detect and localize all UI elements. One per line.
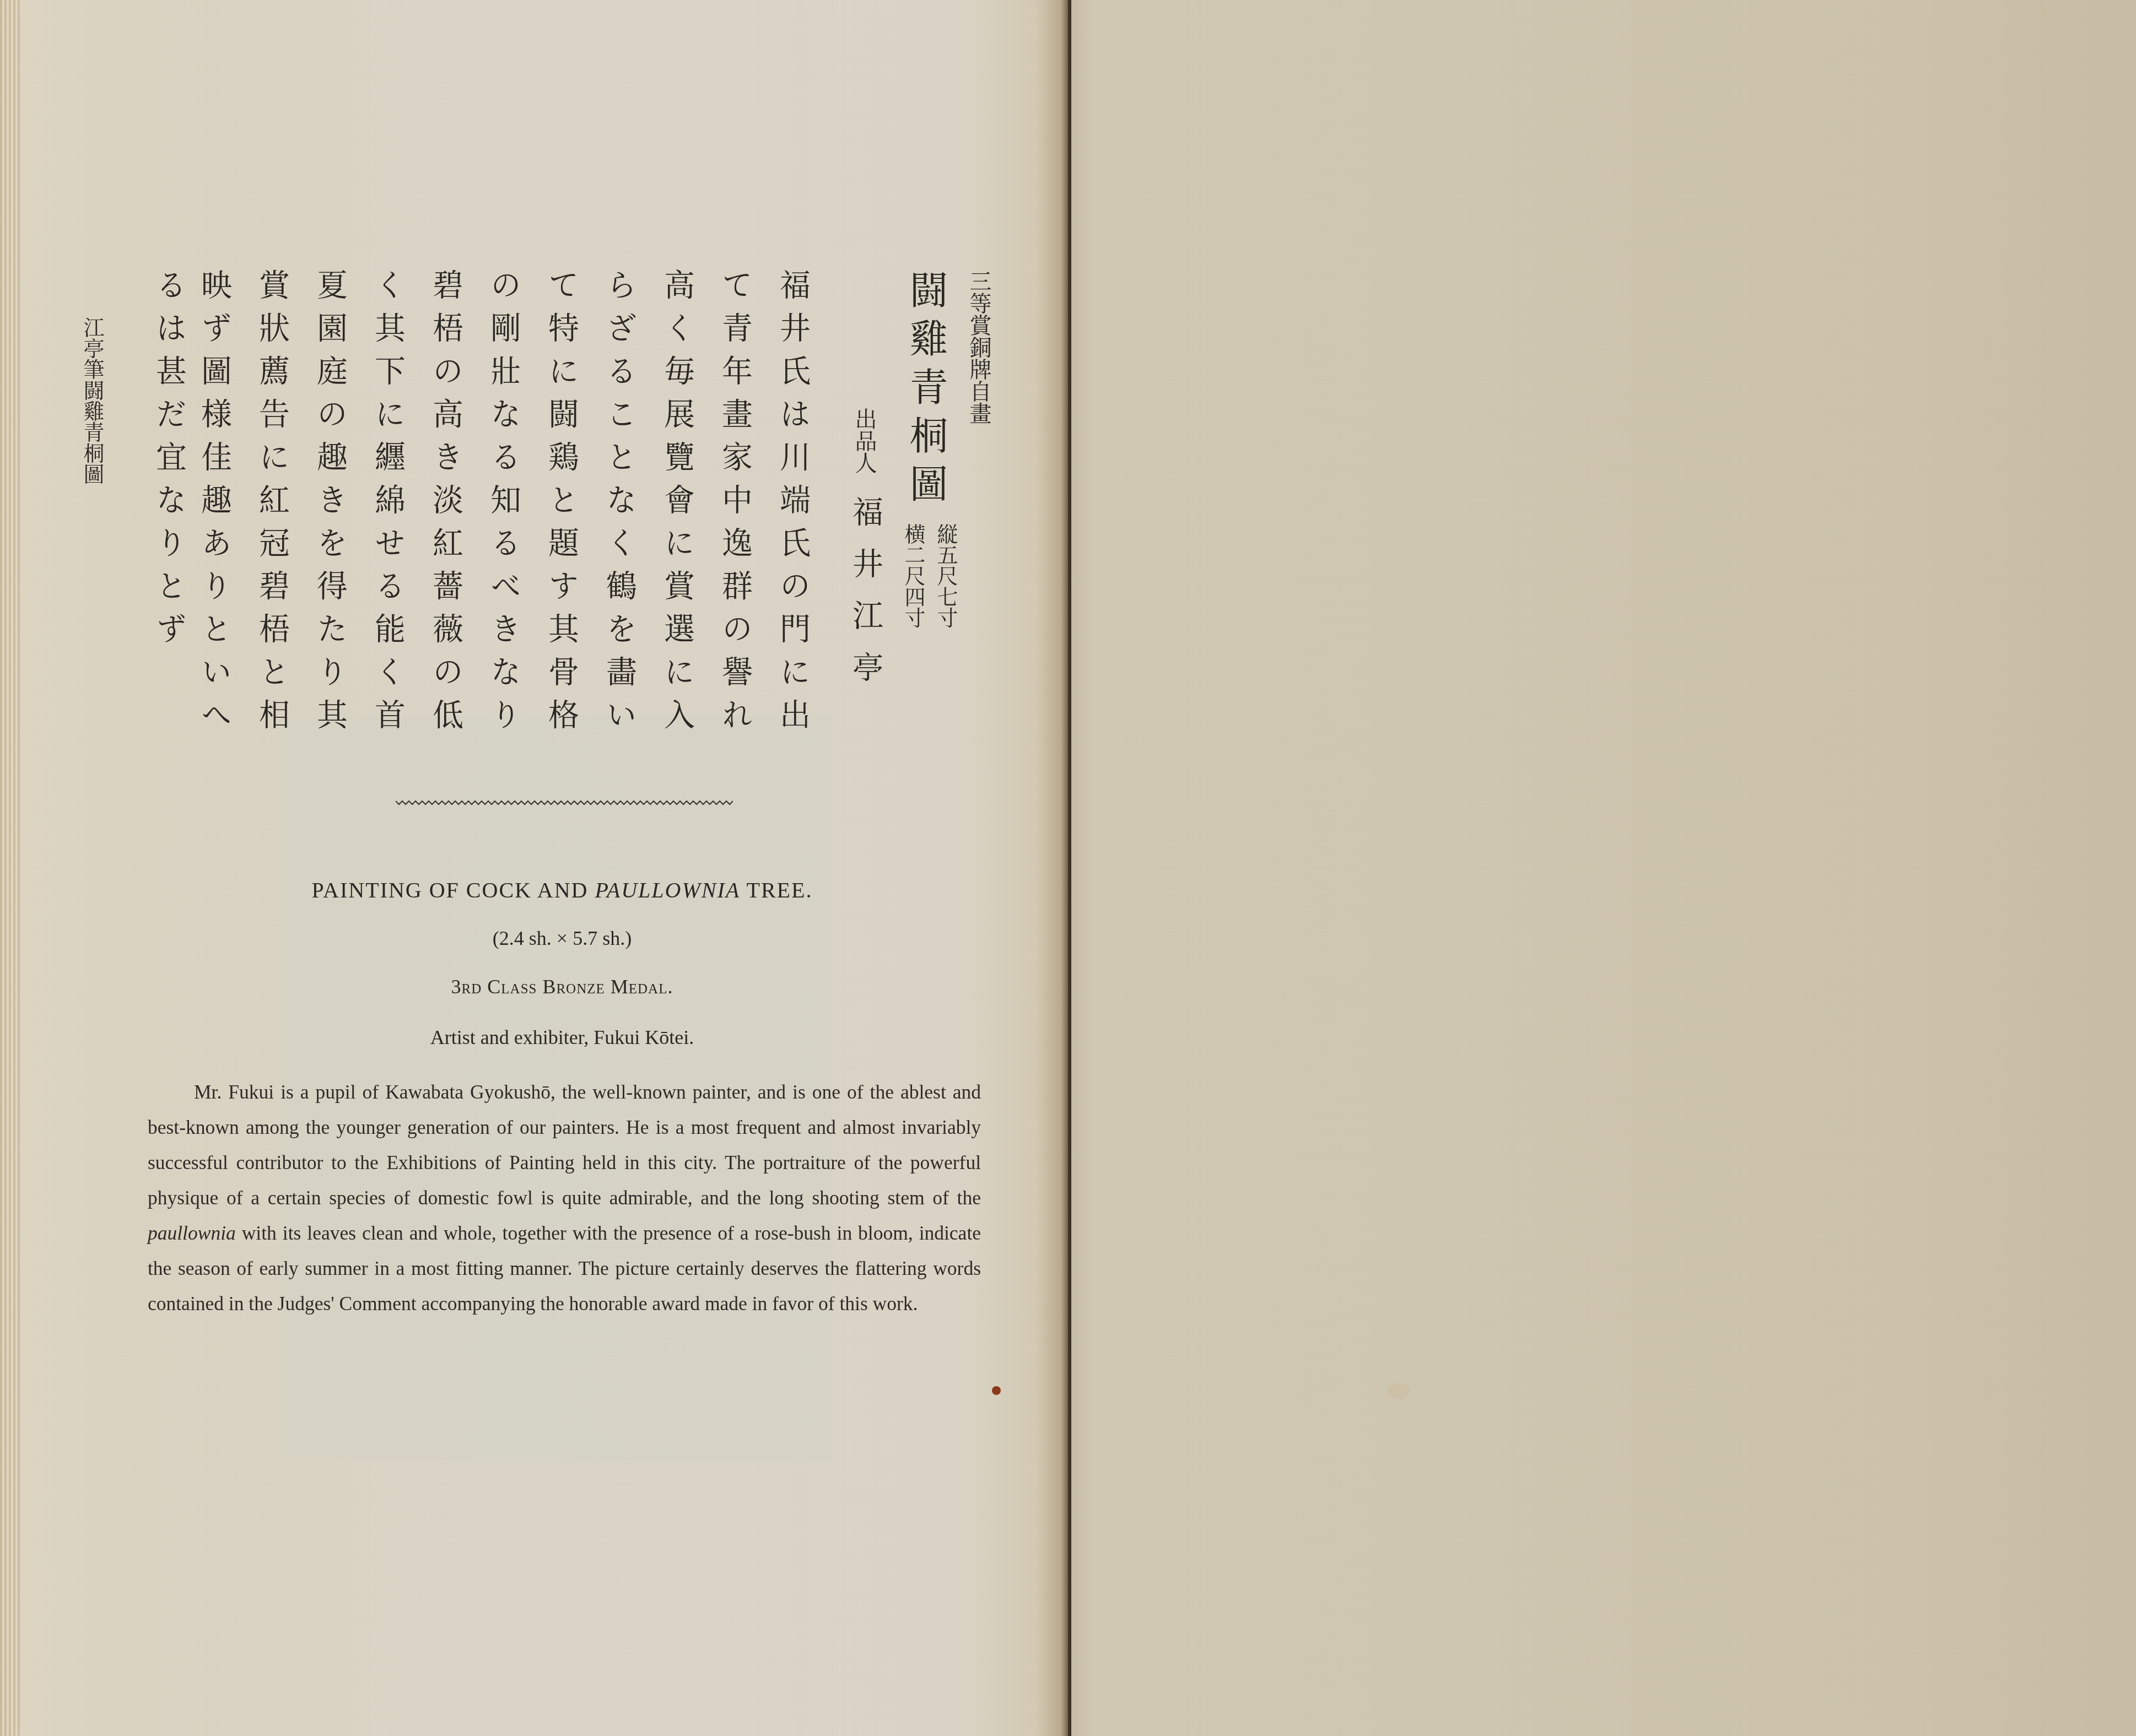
title-prefix: PAINTING OF COCK AND (312, 878, 595, 902)
body-column-9: 夏園庭の趣きを得たり其 (314, 269, 345, 742)
body-column-12: るは甚だ宜なりとず (153, 269, 184, 656)
body-column-7: 碧梧の高き淡紅薔薇の低 (430, 269, 461, 742)
margin-caption: 江亭筆闘雞青桐圖 (77, 317, 107, 484)
artist-line: Artist and exhibiter, Fukui Kōtei. (143, 1026, 981, 1049)
body-column-6: の剛壯なる知るべきなり (488, 269, 519, 742)
title-suffix: TREE. (740, 878, 812, 902)
left-page: 三等賞銅牌自畫 闘雞青桐圖 縦五尺七寸 横二尺四寸 出品人 福井江亭 福井氏は川… (0, 0, 1070, 1736)
exhibitor-label: 出品人 (849, 408, 880, 474)
body-column-5: て特に闘鶏と題す其骨格 (546, 269, 576, 742)
body-column-11: 映ず圖様佳趣ありといへ (198, 269, 229, 742)
exhibitor-name: 福井江亭 (843, 496, 887, 703)
page-edges (0, 0, 20, 1736)
body-column-3: 高く毎展覽會に賞選に入 (661, 269, 692, 742)
dimension-height: 縦五尺七寸 (931, 523, 961, 628)
description-italic: paullownia (148, 1222, 236, 1244)
body-column-8: く其下に纒綿せる能く首 (372, 269, 403, 742)
foxing-spot (992, 1386, 1001, 1395)
body-column-4: らざることなく鶴を畵い (603, 269, 634, 742)
painting-size: (2.4 sh. × 5.7 sh.) (143, 927, 981, 950)
body-column-10: 賞狀薦告に紅冠碧梧と相 (256, 269, 287, 742)
book-spread: 三等賞銅牌自畫 闘雞青桐圖 縦五尺七寸 横二尺四寸 出品人 福井江亭 福井氏は川… (0, 0, 2136, 1736)
description-part-1: Mr. Fukui is a pupil of Kawabata Gyokush… (148, 1081, 981, 1209)
dimensions: 縦五尺七寸 横二尺四寸 (898, 523, 961, 628)
medal-class: 3rd Class Bronze Medal. (143, 975, 981, 998)
right-page-blank (1071, 0, 2136, 1736)
description-part-2: with its leaves clean and whole, togethe… (148, 1222, 981, 1315)
english-title: PAINTING OF COCK AND PAULLOWNIA TREE. (143, 877, 981, 903)
title-italic: PAULLOWNIA (595, 878, 740, 902)
english-description: Mr. Fukui is a pupil of Kawabata Gyokush… (148, 1074, 981, 1321)
dimension-width: 横二尺四寸 (898, 523, 929, 628)
japanese-title: 闘雞青桐圖 (898, 270, 954, 512)
paper-stain (1388, 1383, 1410, 1399)
body-column-1: 福井氏は川端氏の門に出 (777, 269, 808, 742)
wavy-divider (396, 798, 733, 807)
body-column-2: て青年畫家中逸群の譽れ (719, 269, 750, 742)
award-class-label: 三等賞銅牌自畫 (963, 270, 995, 424)
